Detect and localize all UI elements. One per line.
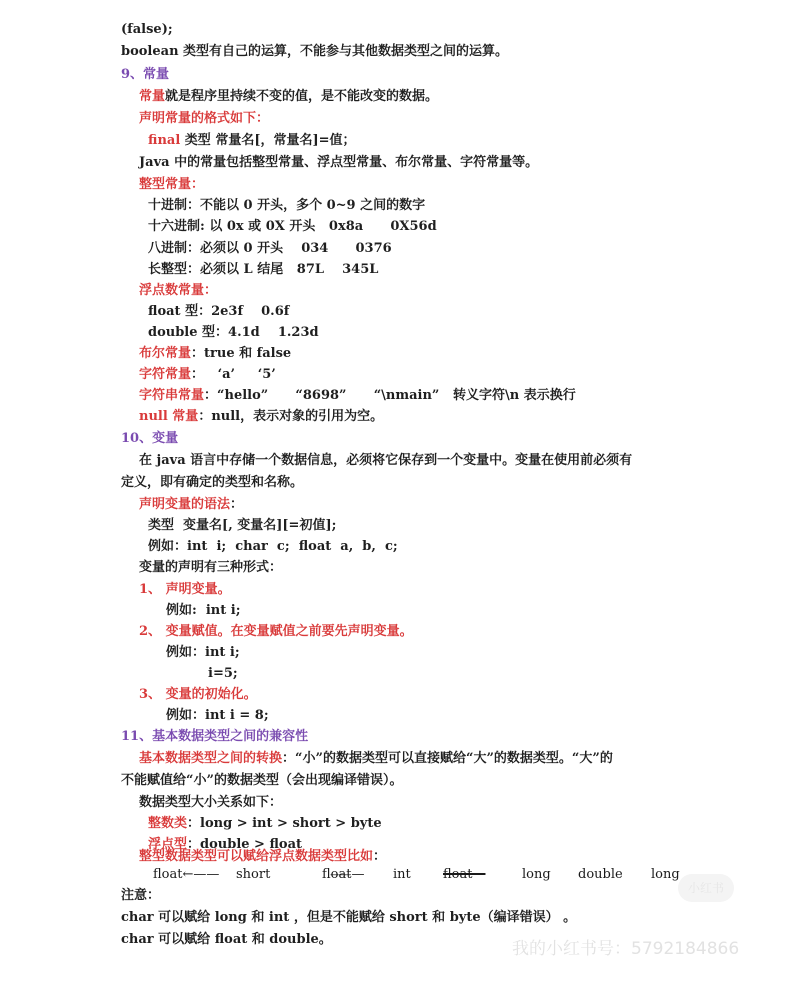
text-line: boolean 类型有自己的运算，不能参与其他数据类型之间的运算。 [121, 43, 508, 61]
body-text: 定义，即有确定的类型和名称。 [121, 475, 303, 490]
body-text: float 型：2e3f 0.6f [148, 304, 289, 319]
body-text: ： ‘a’ ‘5’ [191, 367, 276, 382]
text-line: 整型数据类型可以赋给浮点数据类型比如： [139, 848, 386, 866]
text-line: 整数类：long > int > short > byte [148, 815, 382, 833]
text-line: 在 java 语言中存储一个数据信息，必须将它保存到一个变量中。变量在使用前必须… [139, 452, 632, 470]
text-line: float 型：2e3f 0.6f [148, 303, 289, 321]
text-line: 1、 声明变量。 [139, 581, 231, 599]
body-text: 十进制：不能以 0 开头，多个 0~9 之间的数字 [148, 198, 425, 213]
body-text: ：true 和 false [191, 346, 291, 361]
body-text: 不能赋值给“小”的数据类型（会出现编译错误）。 [121, 773, 402, 788]
text-line: null 常量：null，表示对象的引用为空。 [139, 408, 383, 426]
conversion-item: long [522, 866, 551, 884]
body-text: (false); [121, 22, 173, 37]
body-text: ：null，表示对象的引用为空。 [198, 409, 383, 424]
conversion-item: flo̶a̶t̶— [322, 866, 364, 884]
text-line: 类型 变量名[, 变量名][=初值]; [148, 517, 336, 535]
body-text: ：“hello” “8698” “\nmain” 转义字符\n 表示换行 [204, 388, 576, 403]
body-text: double 型：4.1d 1.23d [148, 325, 319, 340]
conversion-item: double [578, 866, 623, 884]
text-line: 例如: int i; [166, 602, 241, 620]
body-text: 数据类型大小关系如下： [139, 795, 282, 810]
body-text: 注意： [121, 888, 160, 903]
text-line: 八进制：必须以 0 开头 034 0376 [148, 240, 392, 258]
highlight-text: 基本数据类型之间的转换 [139, 751, 282, 766]
highlight-text: 2、 变量赋值。在变量赋值之前要先声明变量。 [139, 624, 413, 639]
highlight-text: null 常量 [139, 409, 198, 424]
text-line: 基本数据类型之间的转换：“小”的数据类型可以直接赋给“大”的数据类型。“大”的 [139, 750, 613, 768]
body-text: ： [373, 849, 386, 864]
body-text: Java 中的常量包括整型常量、浮点型常量、布尔常量、字符常量等。 [139, 155, 538, 170]
text-line: 例如：int i; [166, 644, 240, 662]
text-line: 例如：int i = 8; [166, 707, 269, 725]
highlight-text: 声明常量的格式如下： [139, 111, 269, 126]
conversion-item: float←—— [153, 866, 219, 884]
highlight-text: 整型常量： [139, 177, 204, 192]
text-line: 定义，即有确定的类型和名称。 [121, 474, 303, 492]
highlight-text: 3、 变量的初始化。 [139, 687, 257, 702]
body-text: ： [230, 497, 243, 512]
body-text: 十六进制: 以 0x 或 0X 开头 0x8a 0X56d [148, 219, 437, 234]
conversion-item: long [651, 866, 680, 884]
highlight-text: 字符串常量 [139, 388, 204, 403]
body-text: 例如: int i; [166, 603, 241, 618]
text-line: 十进制：不能以 0 开头，多个 0~9 之间的数字 [148, 197, 425, 215]
text-line: 长整型：必须以 L 结尾 87L 345L [148, 261, 378, 279]
watermark-text: 我的小红书号：5792184866 [512, 934, 739, 959]
body-text: 类型 变量名[, 变量名][=初值]; [148, 518, 336, 533]
section-heading: 10、变量 [121, 431, 178, 446]
text-line: Java 中的常量包括整型常量、浮点型常量、布尔常量、字符常量等。 [139, 154, 538, 172]
text-line: 不能赋值给“小”的数据类型（会出现编译错误）。 [121, 772, 402, 790]
text-line: char 可以赋给 long 和 int ，但是不能赋给 short 和 byt… [121, 909, 576, 927]
highlight-text: 整型数据类型可以赋给浮点数据类型比如 [139, 849, 373, 864]
conversion-item: float— [443, 866, 485, 884]
section-heading: 9、常量 [121, 67, 169, 82]
text-line: i=5; [208, 665, 238, 683]
text-line: 10、变量 [121, 430, 178, 448]
text-line: 字符常量： ‘a’ ‘5’ [139, 366, 276, 384]
highlight-text: 1、 声明变量。 [139, 582, 231, 597]
text-line: 整型常量： [139, 176, 204, 194]
text-line: 数据类型大小关系如下： [139, 794, 282, 812]
body-text: 在 java 语言中存储一个数据信息，必须将它保存到一个变量中。变量在使用前必须… [139, 453, 632, 468]
text-line: 注意： [121, 887, 160, 905]
section-heading: 11、基本数据类型之间的兼容性 [121, 729, 308, 744]
text-line: 2、 变量赋值。在变量赋值之前要先声明变量。 [139, 623, 413, 641]
body-text: 例如：int i; [166, 645, 240, 660]
text-line: 字符串常量：“hello” “8698” “\nmain” 转义字符\n 表示换… [139, 387, 576, 405]
body-text: 变量的声明有三种形式： [139, 560, 282, 575]
text-line: 例如：int i; char c; float a, b, c; [148, 538, 398, 556]
body-text: 类型 常量名[，常量名]=值； [180, 133, 355, 148]
text-line: 9、常量 [121, 66, 169, 84]
text-line: 常量就是程序里持续不变的值，是不能改变的数据。 [139, 88, 438, 106]
body-text: i=5; [208, 666, 238, 681]
highlight-text: 常量 [139, 89, 165, 104]
text-line: 11、基本数据类型之间的兼容性 [121, 728, 308, 746]
text-line: 3、 变量的初始化。 [139, 686, 257, 704]
text-line: 声明常量的格式如下： [139, 110, 269, 128]
text-line: final 类型 常量名[，常量名]=值； [148, 132, 356, 150]
text-line: double 型：4.1d 1.23d [148, 324, 319, 342]
highlight-text: final [148, 133, 180, 148]
highlight-text: 布尔常量 [139, 346, 191, 361]
conversion-item: short [236, 866, 270, 884]
text-line: char 可以赋给 float 和 double。 [121, 931, 332, 949]
body-text: 例如：int i = 8; [166, 708, 269, 723]
text-line: 浮点数常量： [139, 282, 217, 300]
text-line: 布尔常量：true 和 false [139, 345, 291, 363]
text-line: 变量的声明有三种形式： [139, 559, 282, 577]
body-text: ：“小”的数据类型可以直接赋给“大”的数据类型。“大”的 [282, 751, 613, 766]
body-text: char 可以赋给 float 和 double。 [121, 932, 332, 947]
highlight-text: 声明变量的语法 [139, 497, 230, 512]
highlight-text: 整数类 [148, 816, 187, 831]
body-text: 就是程序里持续不变的值，是不能改变的数据。 [165, 89, 438, 104]
body-text: 例如：int i; char c; float a, b, c; [148, 539, 398, 554]
body-text: ：long > int > short > byte [187, 816, 382, 831]
conversion-item: int [393, 866, 411, 884]
text-line: 十六进制: 以 0x 或 0X 开头 0x8a 0X56d [148, 218, 437, 236]
text-line: (false); [121, 21, 173, 39]
body-text: boolean 类型有自己的运算，不能参与其他数据类型之间的运算。 [121, 44, 508, 59]
body-text: char 可以赋给 long 和 int ，但是不能赋给 short 和 byt… [121, 910, 576, 925]
highlight-text: 字符常量 [139, 367, 191, 382]
text-line: 声明变量的语法： [139, 496, 243, 514]
body-text: 八进制：必须以 0 开头 034 0376 [148, 241, 392, 256]
body-text: 长整型：必须以 L 结尾 87L 345L [148, 262, 378, 277]
watermark-logo: 小红书 [678, 874, 734, 902]
highlight-text: 浮点数常量： [139, 283, 217, 298]
